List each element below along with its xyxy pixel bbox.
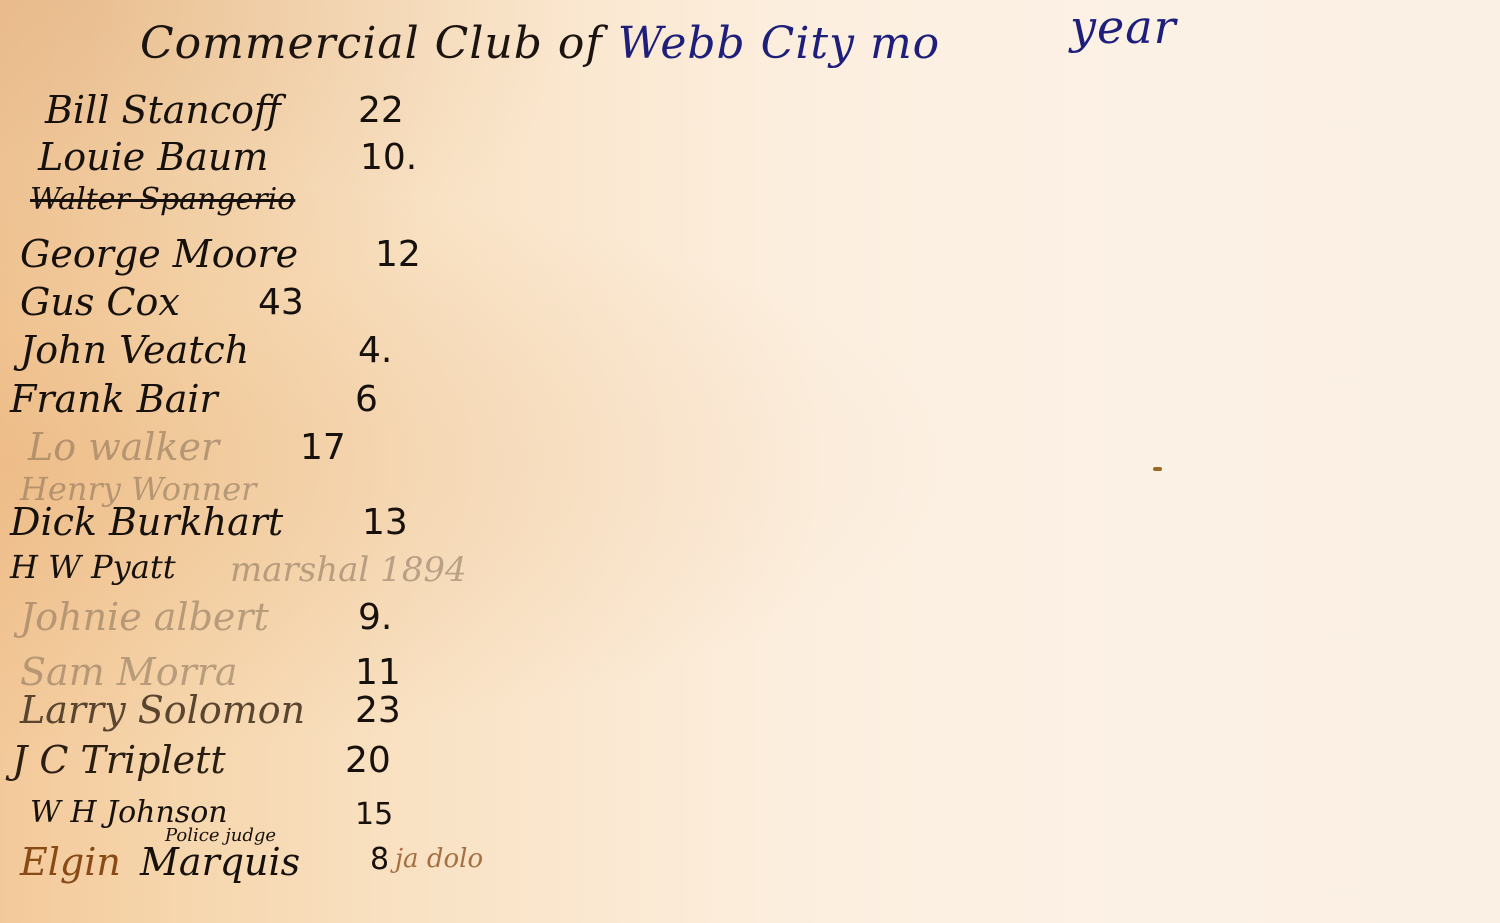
member-number: 17: [300, 427, 346, 468]
member-name: H W Pyatt: [10, 548, 176, 586]
member-number: 23: [355, 690, 401, 731]
title-city: Webb City mo: [618, 18, 940, 69]
list-item: Elgin Marquis 8 ja dolo: [0, 840, 560, 888]
member-number: 22: [358, 90, 404, 131]
member-note: marshal 1894: [230, 550, 467, 590]
document-title: Commercial Club of Webb City mo: [140, 18, 940, 69]
member-number: 11: [355, 652, 401, 693]
list-item: Gus Cox 43: [0, 280, 560, 328]
list-item: Bill Stancoff 22: [0, 88, 560, 136]
list-item: H W Pyatt marshal 1894: [0, 548, 560, 596]
list-item: Walter Spangerio: [0, 182, 560, 230]
list-item: Dick Burkhart 13: [0, 500, 560, 548]
list-item: Louie Baum 10.: [0, 135, 560, 183]
member-number: 10.: [360, 137, 417, 178]
member-name: Frank Bair: [10, 377, 218, 421]
member-number: 4.: [358, 330, 392, 371]
member-name: John Veatch: [20, 328, 249, 372]
member-number: 12: [375, 234, 421, 275]
list-item: Johnie albert 9.: [0, 595, 560, 643]
member-number: 13: [362, 502, 408, 543]
list-item: W H Johnson 15 Police judge: [0, 795, 560, 843]
title-club-name: Commercial Club of: [140, 18, 603, 69]
list-item: Larry Solomon 23: [0, 688, 560, 736]
member-name: Elgin: [20, 840, 121, 884]
member-name: J C Triplett: [12, 738, 226, 782]
list-item: George Moore 12: [0, 232, 560, 280]
member-number: 43: [258, 282, 304, 323]
list-item: John Veatch 4.: [0, 328, 560, 376]
member-number: 6: [355, 379, 378, 420]
member-number: 9.: [358, 597, 392, 638]
column-heading-year: year: [1070, 0, 1177, 54]
list-item: J C Triplett 20: [0, 738, 560, 786]
member-number: 20: [345, 740, 391, 781]
member-name: Lo walker: [28, 425, 219, 469]
list-item: Frank Bair 6: [0, 377, 560, 425]
member-number: 15: [355, 797, 393, 832]
member-name: George Moore: [20, 232, 298, 276]
member-name: Louie Baum: [38, 135, 268, 179]
member-name: Dick Burkhart: [10, 500, 283, 544]
member-name: Johnie albert: [20, 595, 269, 639]
paper-speck: [1153, 467, 1162, 471]
member-name-struck-out: Walter Spangerio: [30, 182, 295, 217]
member-number: 8: [370, 842, 389, 877]
member-note: ja dolo: [395, 844, 483, 874]
member-name: Bill Stancoff: [45, 88, 281, 132]
list-item: Lo walker 17: [0, 425, 560, 473]
member-name: Larry Solomon: [20, 688, 305, 732]
member-name: Gus Cox: [20, 280, 180, 324]
member-first-name: Elgin: [20, 840, 121, 884]
member-last-name: Marquis: [140, 840, 300, 884]
